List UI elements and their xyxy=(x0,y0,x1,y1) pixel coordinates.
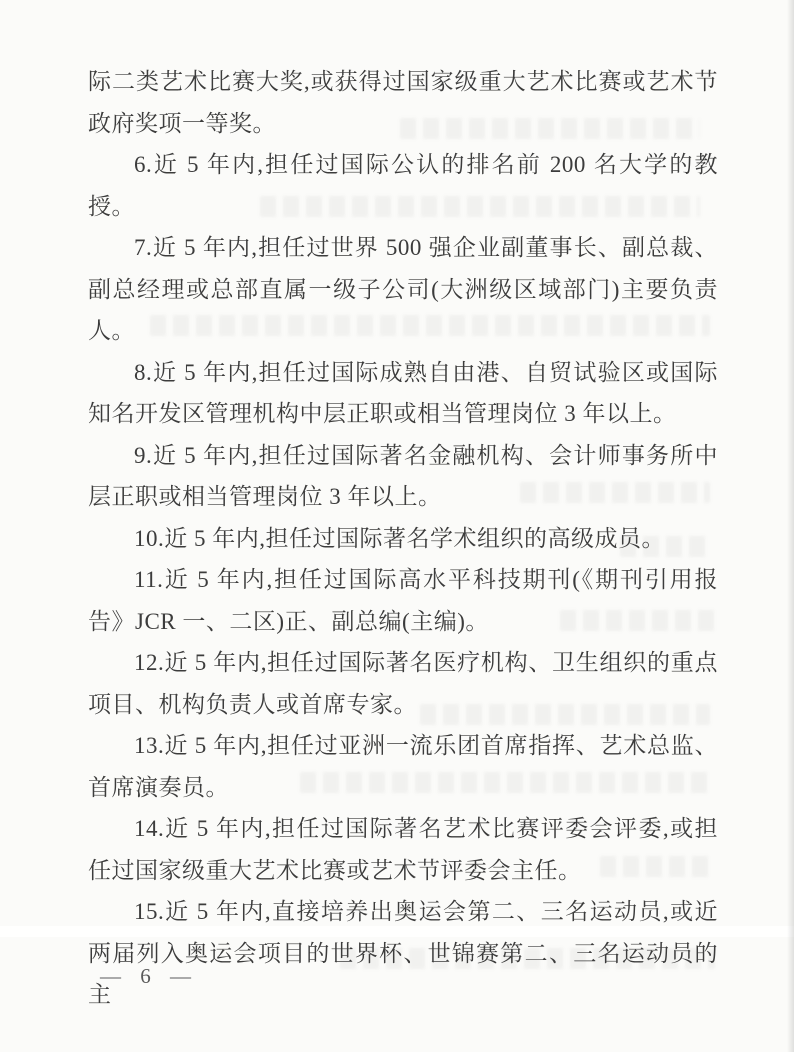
paragraph-item-6: 6.近 5 年内,担任过国际公认的排名前 200 名大学的教授。 xyxy=(88,144,718,227)
scan-edge-shadow xyxy=(787,0,794,1052)
paragraph-item-8: 8.近 5 年内,担任过国际成熟自由港、自贸试验区或国际知名开发区管理机构中层正… xyxy=(88,352,718,435)
paragraph-item-13: 13.近 5 年内,担任过亚洲一流乐团首席指挥、艺术总监、首席演奏员。 xyxy=(88,725,718,808)
paragraph-item-7: 7.近 5 年内,担任过世界 500 强企业副董事长、副总裁、副总经理或总部直属… xyxy=(88,227,718,352)
paragraph-item-14: 14.近 5 年内,担任过国际著名艺术比赛评委会评委,或担任过国家级重大艺术比赛… xyxy=(88,808,718,891)
paragraph-continuation-top: 际二类艺术比赛大奖,或获得过国家级重大艺术比赛或艺术节政府奖项一等奖。 xyxy=(88,61,718,144)
paragraph-item-11: 11.近 5 年内,担任过国际高水平科技期刊(《期刊引用报告》JCR 一、二区)… xyxy=(88,559,718,642)
paragraph-item-12: 12.近 5 年内,担任过国际著名医疗机构、卫生组织的重点项目、机构负责人或首席… xyxy=(88,642,718,725)
paragraph-item-9: 9.近 5 年内,担任过国际著名金融机构、会计师事务所中层正职或相当管理岗位 3… xyxy=(88,435,718,518)
document-body: 际二类艺术比赛大奖,或获得过国家级重大艺术比赛或艺术节政府奖项一等奖。 6.近 … xyxy=(88,61,718,1016)
page-number: — 6 — xyxy=(100,964,198,989)
paragraph-item-15: 15.近 5 年内,直接培养出奥运会第二、三名运动员,或近两届列入奥运会项目的世… xyxy=(88,891,718,1016)
document-page: 际二类艺术比赛大奖,或获得过国家级重大艺术比赛或艺术节政府奖项一等奖。 6.近 … xyxy=(0,0,794,1052)
paragraph-item-10: 10.近 5 年内,担任过国际著名学术组织的高级成员。 xyxy=(88,518,718,560)
